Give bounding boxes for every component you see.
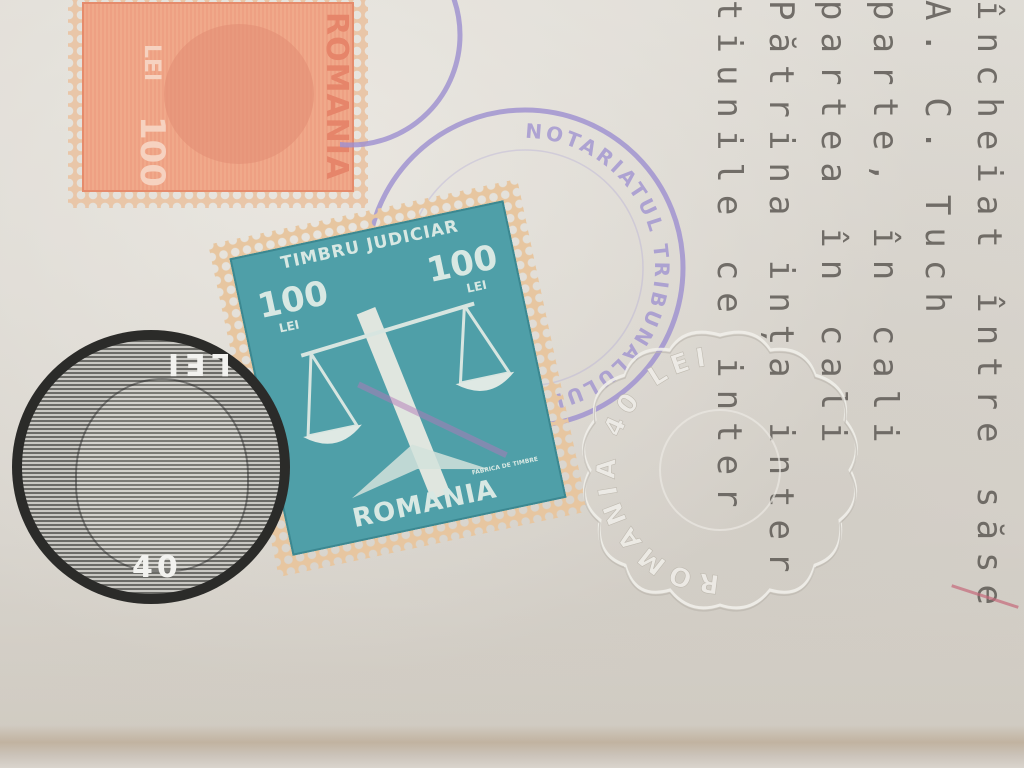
typed-line: A. C. Tuch bbox=[911, 0, 963, 617]
paper-fold-edge bbox=[0, 725, 1024, 768]
dry-embossed-seal: ROMANIA 40 LEI bbox=[570, 320, 870, 620]
stamp-currency: LEI bbox=[139, 44, 164, 81]
typed-line: încheiat între săse bbox=[963, 0, 1015, 617]
stamp-value: 40 bbox=[132, 550, 182, 585]
orange-revenue-stamp: ROMANIA LEI 100 bbox=[68, 0, 368, 208]
stamp-value: 100 bbox=[132, 116, 172, 187]
portrait-image bbox=[77, 380, 247, 570]
stamp-currency: LEI bbox=[162, 346, 231, 381]
portrait-image bbox=[164, 24, 314, 164]
printed-40-lei-stamp: LEI 40 bbox=[12, 330, 290, 604]
stamp-face: ROMANIA LEI 100 bbox=[82, 2, 354, 192]
